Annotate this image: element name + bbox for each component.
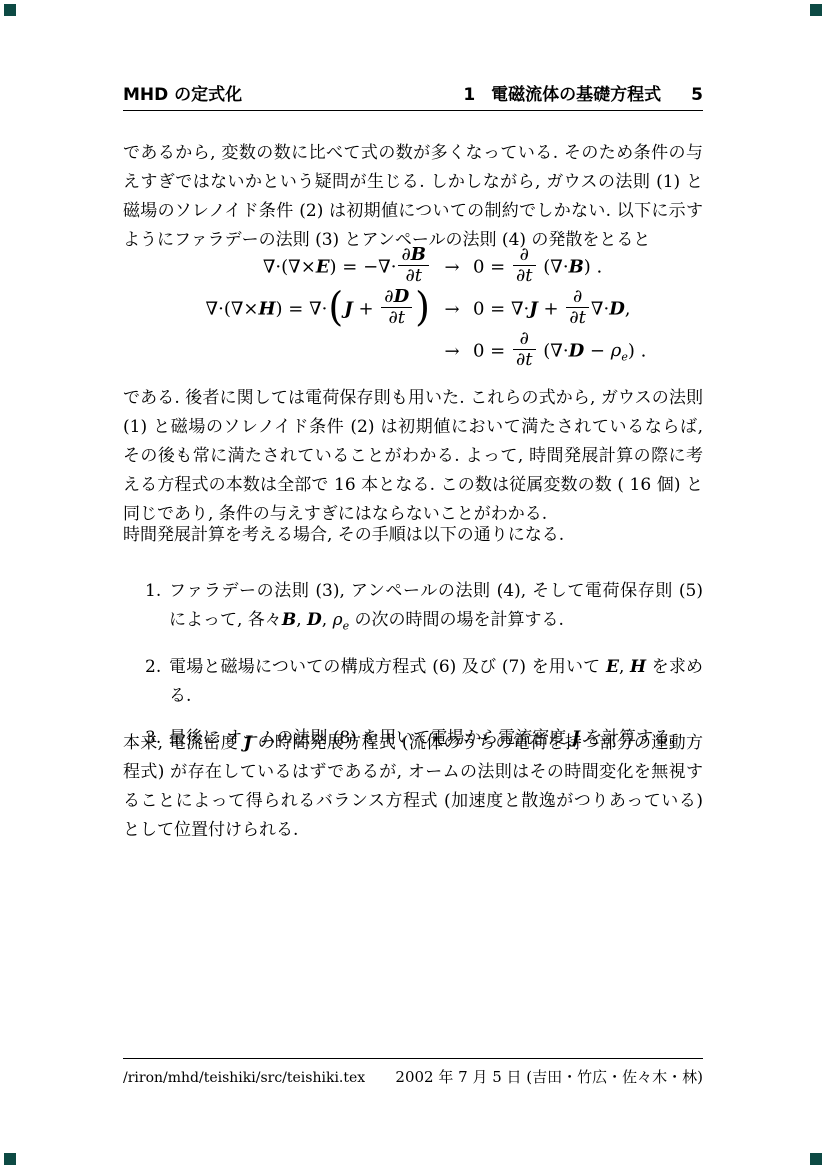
equation-rhs: 0 = ∇·J + ∂∂t∇·D, — [473, 289, 703, 330]
section-number: 1 — [463, 86, 475, 105]
item-text: 電場と磁場についての構成方程式 (6) 及び (7) を用いて E, H を求め… — [169, 653, 703, 711]
paragraph-2: である. 後者に関しては電荷保存則も用いた. これらの式から, ガウスの法則 (… — [123, 384, 703, 529]
equation-row: ∇·(∇×E) = −∇·∂B∂t→0 = ∂∂t (∇·B) . — [123, 246, 703, 288]
equation-row: →0 = ∂∂t (∇·D − ρe) . — [123, 330, 703, 372]
paragraph-3: 時間発展計算を考える場合, その手順は以下の通りになる. — [123, 521, 703, 550]
paragraph-4: 本来, 電流密度 J の時間発展方程式 (流体のうちの電荷を持つ部分の運動方程式… — [123, 729, 703, 845]
list-item-2: 2. 電場と磁場についての構成方程式 (6) 及び (7) を用いて E, H … — [123, 653, 703, 711]
item-number: 2. — [123, 653, 169, 711]
corner-marker — [4, 1153, 16, 1165]
equation-block: ∇·(∇×E) = −∇·∂B∂t→0 = ∂∂t (∇·B) .∇·(∇×H)… — [123, 246, 703, 372]
implies-arrow: → — [431, 341, 473, 362]
page-header: MHD の定式化 1 電磁流体の基礎方程式 5 — [123, 86, 703, 111]
item-text: ファラデーの法則 (3), アンペールの法則 (4), そして電荷保存則 (5)… — [169, 577, 703, 640]
list-item-1: 1. ファラデーの法則 (3), アンペールの法則 (4), そして電荷保存則 … — [123, 577, 703, 640]
corner-marker — [810, 4, 822, 16]
paragraph-1: であるから, 変数の数に比べて式の数が多くなっている. そのため条件の与えすぎで… — [123, 139, 703, 255]
equation-lhs: ∇·(∇×H) = ∇·(J + ∂D∂t) — [123, 289, 431, 330]
date-and-authors: 2002 年 7 月 5 日 (吉田・竹広・佐々木・林) — [395, 1066, 703, 1087]
source-file-path: /riron/mhd/teishiki/src/teishiki.tex — [123, 1070, 365, 1086]
section-title: 電磁流体の基礎方程式 — [491, 86, 661, 105]
corner-marker — [810, 1153, 822, 1165]
running-title: MHD の定式化 — [123, 86, 242, 105]
equation-lhs: ∇·(∇×E) = −∇·∂B∂t — [123, 247, 431, 288]
equation-row: ∇·(∇×H) = ∇·(J + ∂D∂t)→0 = ∇·J + ∂∂t∇·D, — [123, 288, 703, 330]
equation-rhs: 0 = ∂∂t (∇·B) . — [473, 247, 703, 288]
implies-arrow: → — [431, 299, 473, 320]
page-number: 5 — [691, 86, 703, 105]
item-number: 1. — [123, 577, 169, 640]
page-footer: /riron/mhd/teishiki/src/teishiki.tex 200… — [123, 1058, 703, 1087]
document-page: MHD の定式化 1 電磁流体の基礎方程式 5 であるから, 変数の数に比べて式… — [0, 0, 826, 1169]
equation-rhs: 0 = ∂∂t (∇·D − ρe) . — [473, 331, 703, 372]
corner-marker — [4, 4, 16, 16]
section-heading: 1 電磁流体の基礎方程式 5 — [463, 86, 703, 105]
implies-arrow: → — [431, 257, 473, 278]
